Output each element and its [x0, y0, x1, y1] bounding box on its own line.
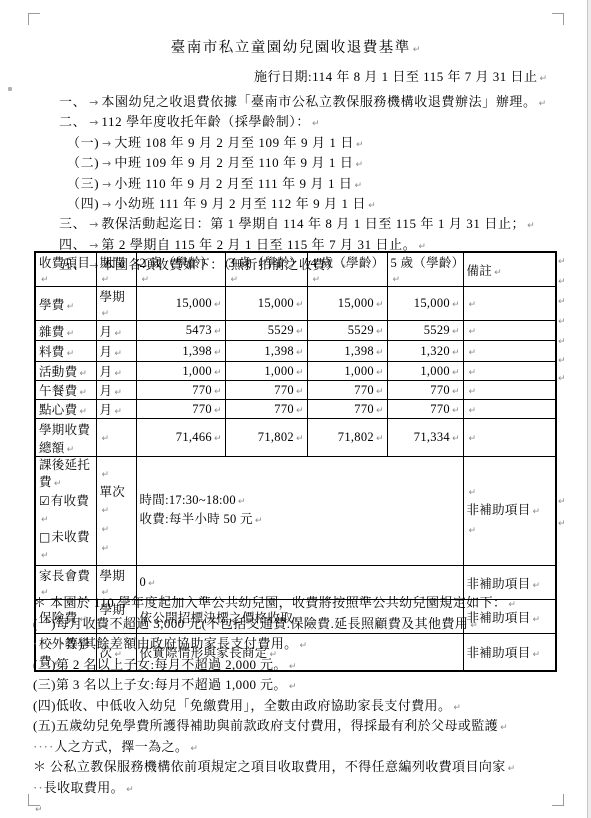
return-mark-icon: ↵: [533, 615, 541, 625]
return-mark-icon: ↵: [148, 579, 156, 589]
return-mark-icon: ↵: [214, 434, 222, 444]
return-mark-icon: ↵: [231, 275, 239, 285]
return-mark-icon: ↵: [470, 621, 478, 631]
tab-mark-icon: →: [102, 198, 111, 211]
return-mark-icon: ↵: [79, 407, 87, 417]
return-mark-icon: ↵: [413, 45, 421, 55]
note-line-1: ＊ 本園於 110 學年度起加入準公共幼兒園，收費將按照準公共幼兒園規定如下：↵: [33, 594, 516, 615]
header-note: 備註↵: [463, 252, 556, 287]
return-mark-icon: ↵: [79, 369, 87, 379]
return-mark-icon: ↵: [539, 99, 547, 109]
return-mark-icon: ↵: [533, 581, 541, 591]
return-mark-icon: ↵: [356, 140, 364, 150]
return-mark-icon: ↵: [67, 445, 75, 455]
tab-mark-icon: →: [89, 218, 98, 231]
row-end-mark: ↵: [558, 519, 566, 529]
intro-item-1: 一、→本園幼兒之收退費依據「臺南市公私立教保服務機構收退費辦法」辦理。↵: [59, 93, 546, 113]
tab-mark-icon: →: [102, 137, 111, 150]
return-mark-icon: ↵: [533, 507, 541, 517]
return-mark-icon: ↵: [35, 805, 43, 815]
return-mark-icon: ↵: [453, 703, 461, 713]
return-mark-icon: ↵: [300, 641, 308, 651]
return-mark-icon: ↵: [376, 406, 384, 416]
return-mark-icon: ↵: [296, 387, 304, 397]
intro-list: 一、→本園幼兒之收退費依據「臺南市公私立教保服務機構收退費辦法」辦理。↵ 二、→…: [59, 93, 546, 277]
return-mark-icon: ↵: [508, 600, 516, 610]
return-mark-icon: ↵: [452, 434, 460, 444]
return-mark-icon: ↵: [452, 387, 460, 397]
return-mark-icon: ↵: [114, 329, 122, 339]
return-mark-icon: ↵: [452, 406, 460, 416]
return-mark-icon: ↵: [214, 327, 222, 337]
return-mark-icon: ↵: [102, 525, 110, 535]
intro-item-2: 二、→112 學年度收托年齡（採學齡制）：↵: [59, 113, 546, 133]
row-end-mark: ↵: [558, 337, 566, 347]
return-mark-icon: ↵: [296, 406, 304, 416]
return-mark-icon: ↵: [469, 434, 477, 444]
return-mark-icon: ↵: [355, 160, 363, 170]
stray-mark: [8, 87, 12, 91]
table-row-afterschool-care: 課後延托費↵ ☑有收費↵ □未收費↵ ↵ 單次↵ ↵ ↵ 時間:17:30~18…: [35, 457, 556, 566]
return-mark-icon: ↵: [494, 268, 502, 278]
return-mark-icon: ↵: [41, 551, 49, 561]
tab-mark-icon: →: [89, 116, 98, 129]
return-mark-icon: ↵: [469, 327, 477, 337]
row-end-mark: ↵: [558, 356, 566, 366]
return-mark-icon: ↵: [214, 387, 222, 397]
header-age3: 3 歲（學齡）↵: [225, 252, 307, 287]
return-mark-icon: ↵: [289, 662, 297, 672]
return-mark-icon: ↵: [114, 349, 122, 359]
return-mark-icon: ↵: [255, 516, 263, 526]
note-line-5: (三)第 3 名以上子女:每月不超過 1,000 元。↵: [33, 676, 516, 697]
space-marks: ··: [33, 780, 44, 795]
return-mark-icon: ↵: [41, 275, 49, 285]
return-mark-icon: ↵: [102, 470, 110, 480]
return-mark-icon: ↵: [469, 300, 477, 310]
checkbox-unchecked-icon[interactable]: □: [39, 530, 50, 544]
return-mark-icon: ↵: [500, 723, 508, 733]
return-mark-icon: ↵: [102, 544, 110, 554]
row-end-mark: ↵: [558, 497, 566, 507]
tab-mark-icon: →: [89, 96, 98, 109]
header-item: 收費項目↵: [35, 252, 96, 287]
note-line-7: (五)五歲幼兒免學費所護得補助與前款政府支付費用，得採最有利於父母或監護↵: [33, 717, 516, 738]
row-end-mark: ↵: [558, 257, 566, 267]
return-mark-icon: ↵: [452, 368, 460, 378]
margin-mark-top-right: [552, 13, 564, 25]
return-mark-icon: ↵: [469, 406, 477, 416]
return-mark-icon: ↵: [214, 300, 222, 310]
table-row-activity-fee: 活動費↵ 月↵ 1,000↵ 1,000↵ 1,000↵ 1,000↵ ↵: [35, 362, 556, 381]
return-mark-icon: ↵: [508, 764, 516, 774]
return-mark-icon: ↵: [469, 368, 477, 378]
document-title: 臺南市私立童園幼兒園收退費基準↵: [0, 36, 591, 57]
note-line-3: ······等)其餘差額由政府協助家長支付費用。↵: [33, 635, 516, 656]
return-mark-icon: ↵: [114, 388, 122, 398]
row-end-mark: ↵: [558, 297, 566, 307]
note-line-6: (四)低收、中低收入幼兒「免繳費用」，全數由政府協助家長支付費用。↵: [33, 697, 516, 718]
header-age5: 5 歲（學齡）↵: [387, 252, 463, 287]
return-mark-icon: ↵: [469, 348, 477, 358]
note-line-final-pilcrow: ↵: [33, 799, 516, 818]
header-age2: 2 歲（學齡）↵: [136, 252, 225, 287]
return-mark-icon: ↵: [376, 348, 384, 358]
return-mark-icon: ↵: [527, 221, 535, 231]
footnotes: ＊ 本園於 110 學年度起加入準公共幼兒園，收費將按照準公共幼兒園規定如下：↵…: [33, 594, 516, 818]
fee-table-header-row: 收費項目↵ 期間↵ 2 歲（學齡）↵ 3 歲（學齡）↵ 4 歲（學齡）↵ 5 歲…: [35, 252, 556, 287]
tab-mark-icon: →: [89, 239, 98, 252]
note-line-10: ··長收取費用。↵: [33, 779, 516, 800]
return-mark-icon: ↵: [376, 327, 384, 337]
return-mark-icon: ↵: [376, 434, 384, 444]
return-mark-icon: ↵: [355, 181, 363, 191]
return-mark-icon: ↵: [452, 327, 460, 337]
return-mark-icon: ↵: [312, 119, 320, 129]
return-mark-icon: ↵: [79, 388, 87, 398]
document-page: 臺南市私立童園幼兒園收退費基準↵ 施行日期:114 年 8 月 1 日至 115…: [0, 0, 591, 818]
page-right-edge: [587, 0, 591, 818]
table-row-lunch-fee: 午餐費↵ 月↵ 770↵ 770↵ 770↵ 770↵ ↵: [35, 381, 556, 400]
return-mark-icon: ↵: [114, 369, 122, 379]
margin-mark-bottom-right: [552, 794, 564, 806]
afterschool-details: 時間:17:30~18:00↵ 收費:每半小時 50 元↵: [136, 457, 463, 566]
intro-subitem-3: （三)→小班 110 年 9 月 2 月至 111 年 9 月 1 日↵: [59, 175, 546, 195]
space-marks: ····: [33, 739, 54, 754]
return-mark-icon: ↵: [67, 302, 75, 312]
return-mark-icon: ↵: [452, 300, 460, 310]
row-end-mark: ↵: [558, 317, 566, 327]
note-line-4: (二)第 2 名以上子女:每月不超過 2,000 元。↵: [33, 656, 516, 677]
return-mark-icon: ↵: [469, 526, 477, 536]
return-mark-icon: ↵: [296, 300, 304, 310]
effective-date-line: 施行日期:114 年 8 月 1 日至 115 年 7 月 31 日止↵: [0, 66, 547, 85]
return-mark-icon: ↵: [67, 329, 75, 339]
note-line-9: ＊ 公私立教保服務機構依前項規定之項目收取費用，不得任意編列收費項目向家↵: [33, 758, 516, 779]
return-mark-icon: ↵: [41, 515, 49, 525]
table-row-snack-fee: 點心費↵ 月↵ 770↵ 770↵ 770↵ 770↵ ↵: [35, 400, 556, 419]
header-age4: 4 歲（學齡）↵: [307, 252, 387, 287]
return-mark-icon: ↵: [102, 506, 110, 516]
note-line-8: ····人之方式，擇一為之。↵: [33, 738, 516, 759]
return-mark-icon: ↵: [190, 744, 198, 754]
intro-subitem-1: （一)→大班 108 年 9 月 2 月至 109 年 9 月 1 日↵: [59, 134, 546, 154]
row-end-mark: ↵: [558, 277, 566, 287]
table-row-material-fee: 料費↵ 月↵ 1,398↵ 1,398↵ 1,398↵ 1,320↵ ↵: [35, 341, 556, 362]
return-mark-icon: ↵: [142, 275, 150, 285]
return-mark-icon: ↵: [296, 434, 304, 444]
return-mark-icon: ↵: [214, 406, 222, 416]
space-marks: ······: [33, 636, 65, 651]
intro-subitem-4: （四)→小幼班 111 年 9 月 2 月至 112 年 9 月 1 日↵: [59, 195, 546, 215]
return-mark-icon: ↵: [533, 650, 541, 660]
intro-item-3: 三、→教保活動起迄日：第 1 學期自 114 年 8 月 1 日至 115 年 …: [59, 215, 546, 235]
return-mark-icon: ↵: [469, 387, 477, 397]
return-mark-icon: ↵: [376, 300, 384, 310]
return-mark-icon: ↵: [114, 407, 122, 417]
return-mark-icon: ↵: [102, 275, 110, 285]
return-mark-icon: ↵: [469, 488, 477, 498]
return-mark-icon: ↵: [368, 201, 376, 211]
return-mark-icon: ↵: [376, 368, 384, 378]
return-mark-icon: ↵: [238, 497, 246, 507]
return-mark-icon: ↵: [126, 785, 134, 795]
note-line-2: (一)每月收費不超過 3,000 元(不包括交通費.保險費.延長照顧費及其他費用…: [33, 615, 516, 636]
return-mark-icon: ↵: [54, 479, 62, 489]
return-mark-icon: ↵: [102, 434, 110, 444]
return-mark-icon: ↵: [102, 309, 110, 319]
checkbox-checked-icon[interactable]: ☑: [39, 494, 50, 508]
return-mark-icon: ↵: [214, 348, 222, 358]
intro-subitem-2: （二)→中班 109 年 9 月 2 月至 110 年 9 月 1 日↵: [59, 154, 546, 174]
table-row-semester-total: 學期收費總額↵ ↵ 71,466↵ 71,802↵ 71,802↵ 71,334…: [35, 419, 556, 457]
margin-mark-top-left: [28, 13, 40, 25]
return-mark-icon: ↵: [67, 349, 75, 359]
return-mark-icon: ↵: [539, 74, 547, 84]
return-mark-icon: ↵: [296, 327, 304, 337]
table-row-tuition: 學費↵ 學期↵ 15,000↵ 15,000↵ 15,000↵ 15,000↵ …: [35, 287, 556, 321]
return-mark-icon: ↵: [376, 387, 384, 397]
table-row-misc-fee: 雜費↵ 月↵ 5473↵ 5529↵ 5529↵ 5529↵ ↵: [35, 321, 556, 341]
tab-mark-icon: →: [102, 178, 111, 191]
return-mark-icon: ↵: [296, 368, 304, 378]
return-mark-icon: ↵: [452, 348, 460, 358]
return-mark-icon: ↵: [296, 348, 304, 358]
row-end-mark: ↵: [558, 374, 566, 384]
return-mark-icon: ↵: [313, 275, 321, 285]
tab-mark-icon: →: [102, 157, 111, 170]
header-period: 期間↵: [96, 252, 136, 287]
return-mark-icon: ↵: [289, 682, 297, 692]
return-mark-icon: ↵: [393, 275, 401, 285]
return-mark-icon: ↵: [214, 368, 222, 378]
